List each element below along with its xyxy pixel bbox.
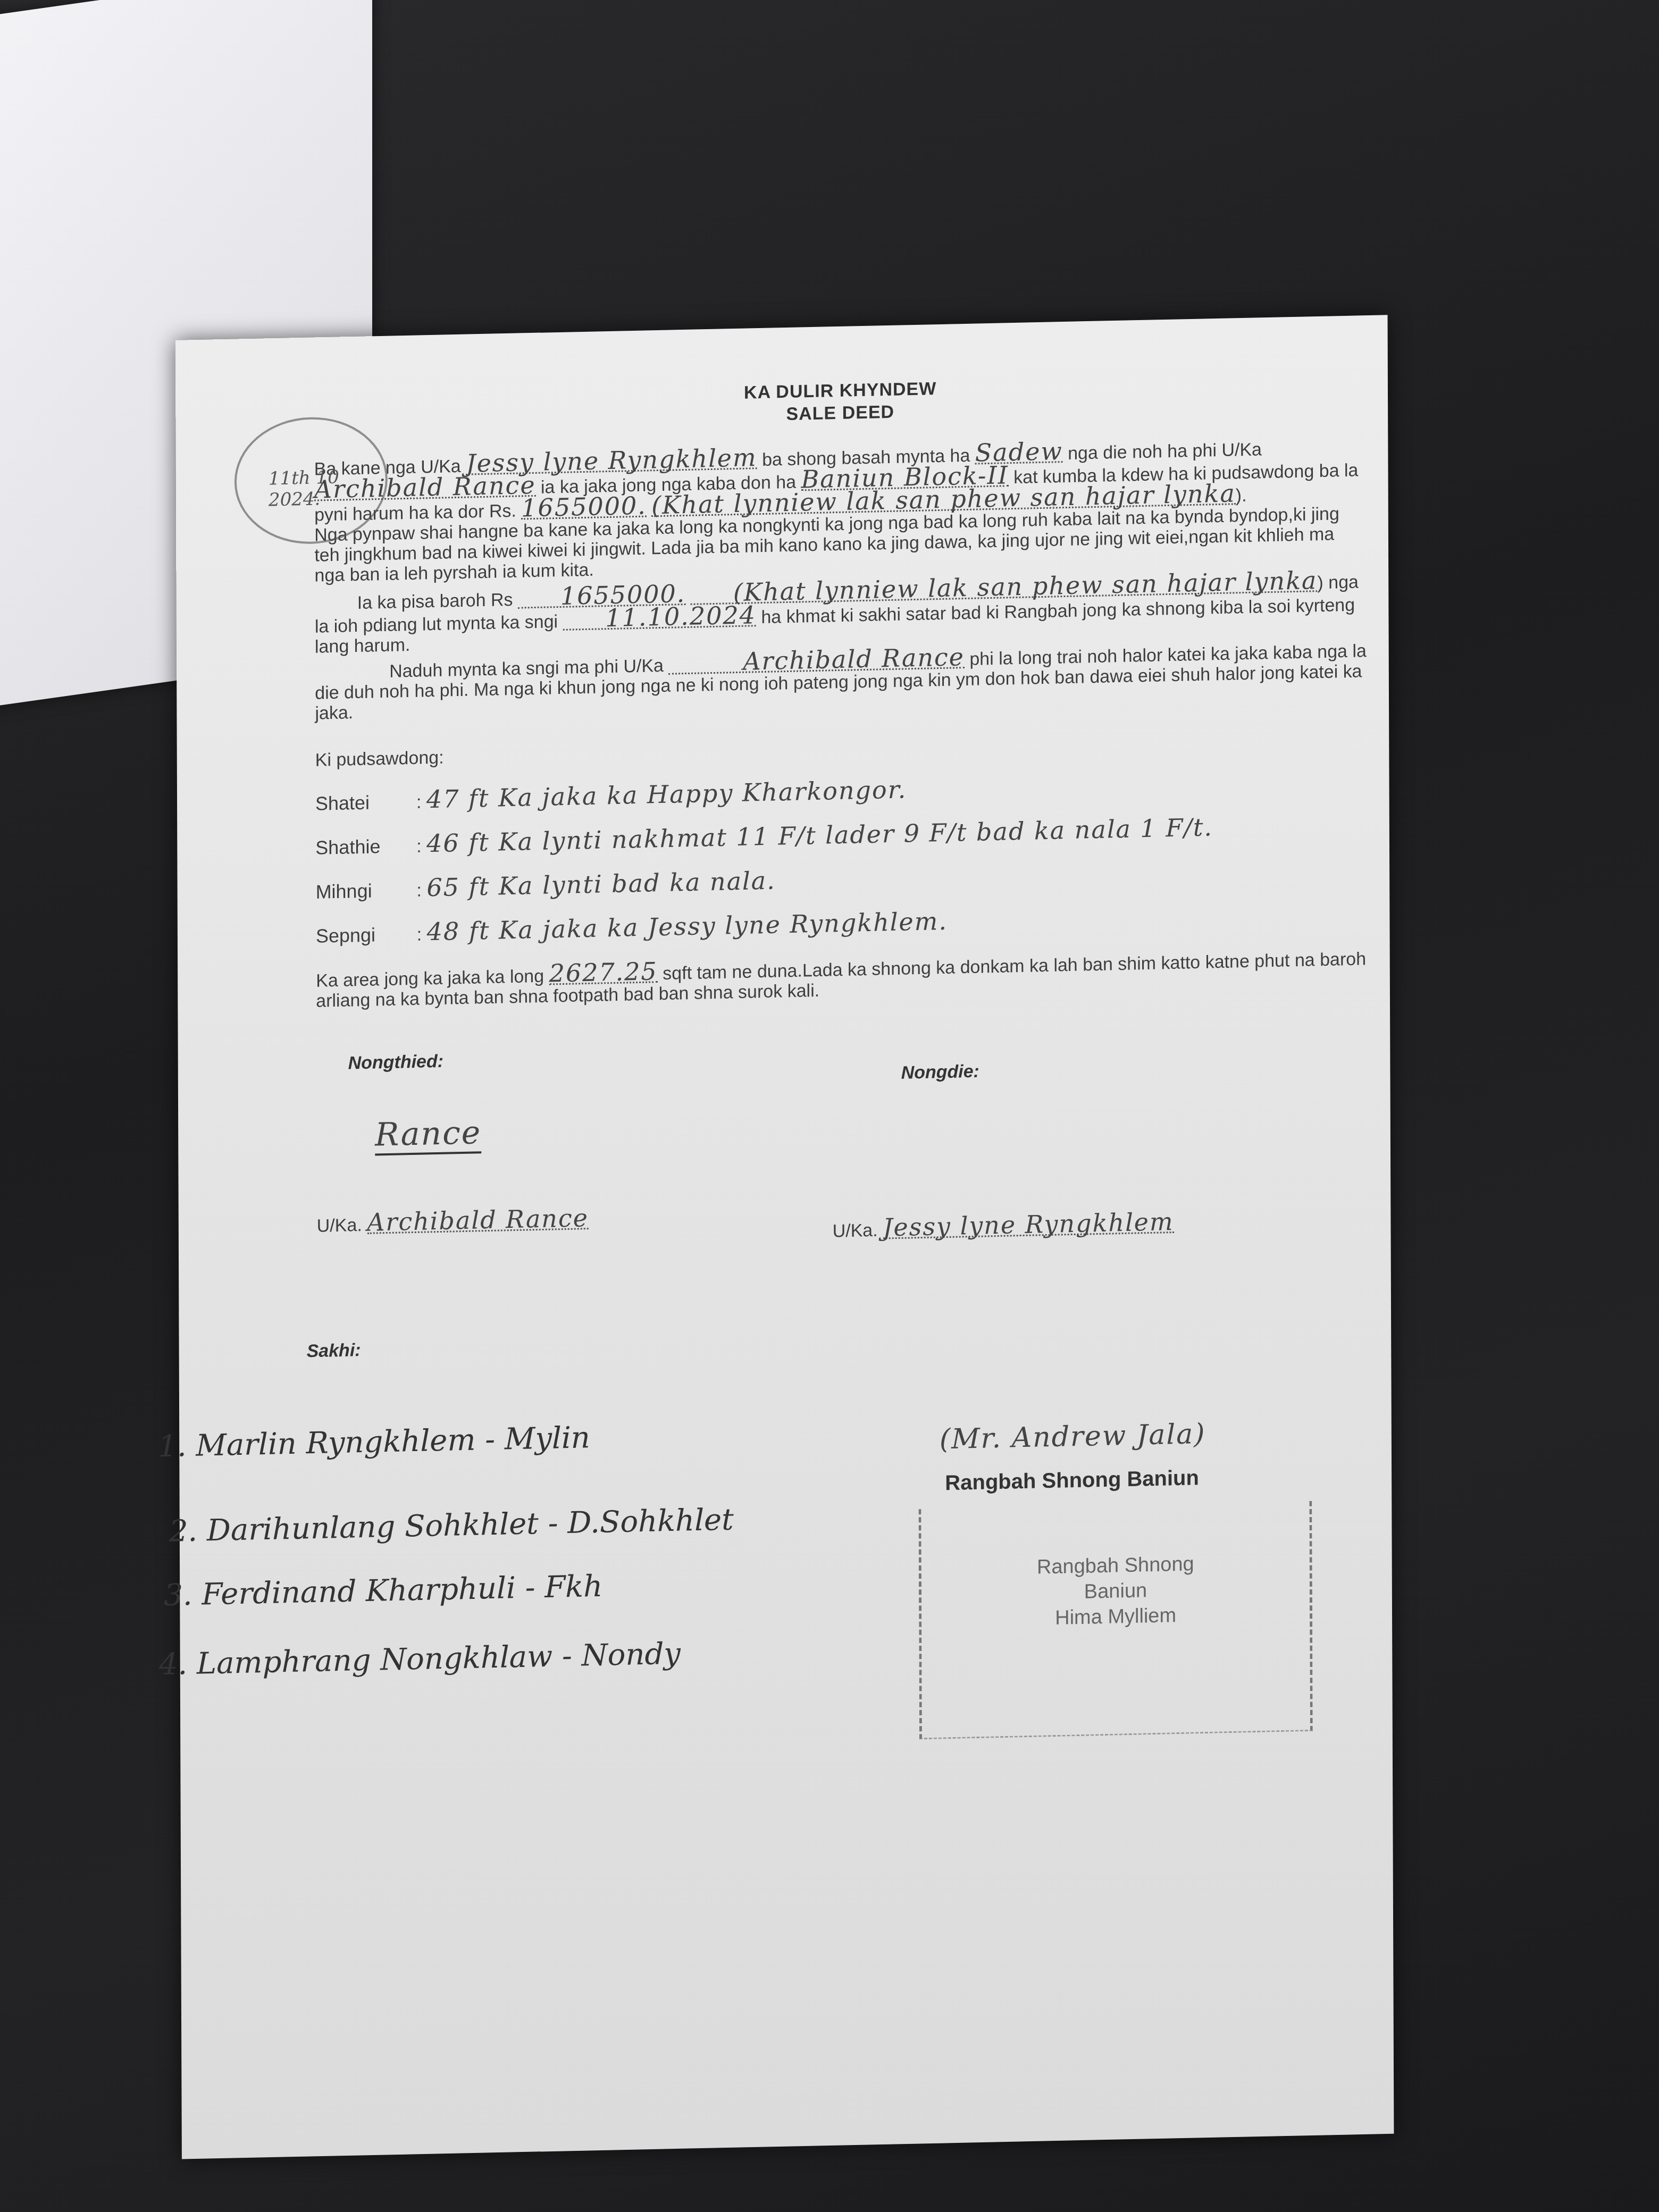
intro-paragraph: Ba kane nga U/Ka Jessy lyne Ryngkhlem ba… bbox=[314, 434, 1367, 586]
headman-name: (Mr. Andrew Jala) bbox=[940, 1418, 1206, 1455]
witness-1: 1. Marlin Ryngkhlem - Mylin bbox=[158, 1420, 590, 1464]
headman-title: Rangbah Shnong Baniun bbox=[945, 1466, 1199, 1495]
boundaries-heading: Ki pudsawdong: bbox=[315, 728, 1368, 770]
area-value: 2627.25 bbox=[549, 961, 658, 985]
boundary-south: Shathie: 46 ft Ka lynti nakhmat 11 F/t l… bbox=[315, 814, 1368, 858]
sale-deed-page: 11th 10 2024. KA DULIR KHYNDEW SALE DEED… bbox=[175, 315, 1394, 2159]
payment-date: 11.10.2024 bbox=[563, 605, 756, 631]
headman-seal: Rangbah Shnong Baniun Hima Mylliem bbox=[918, 1501, 1312, 1740]
boundary-east: Mihngi: 65 ft Ka lynti bad ka nala. bbox=[316, 858, 1369, 902]
witness-4: 4. Lamphrang Nongkhlaw - Nondy bbox=[159, 1637, 681, 1682]
buyer-name-line: U/Ka. Archibald Rance bbox=[317, 1208, 589, 1236]
boundary-north: Shatei: 47 ft Ka jaka ka Happy Kharkongo… bbox=[315, 769, 1368, 814]
witness-3: 3. Ferdinand Kharphuli - Fkh bbox=[164, 1569, 602, 1613]
stamp-date: 11th 10 2024. bbox=[269, 466, 386, 511]
seller-label: Nongdie: bbox=[901, 1061, 979, 1084]
boundary-west: Sepngi: 48 ft Ka jaka ka Jessy lyne Ryng… bbox=[316, 902, 1369, 946]
seller-name-line: U/Ka. Jessy lyne Ryngkhlem bbox=[833, 1211, 1174, 1241]
buyer-signature: Rance bbox=[375, 1114, 481, 1155]
buyer-label: Nongthied: bbox=[348, 1051, 444, 1074]
witness-2: 2. Darihunlang Sohkhlet - D.Sohkhlet bbox=[169, 1502, 734, 1548]
witnesses-heading: Sakhi: bbox=[307, 1340, 361, 1362]
boundaries-list: Shatei: 47 ft Ka jaka ka Happy Kharkongo… bbox=[315, 769, 1369, 947]
signature-section: Nongthied: Rance U/Ka. Archibald Rance N… bbox=[316, 989, 1371, 1809]
price-figures: 1655000. bbox=[521, 496, 647, 520]
